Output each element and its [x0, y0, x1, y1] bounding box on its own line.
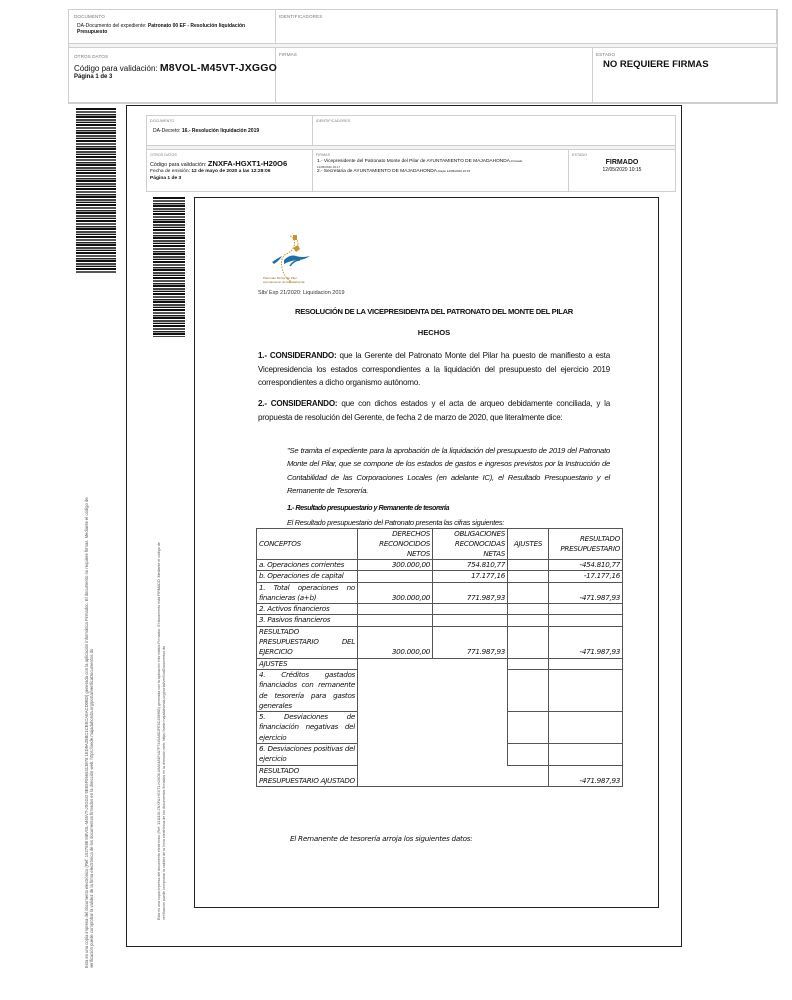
table-cell-derechos	[358, 744, 433, 766]
considerando-2-lead: 2.- CONSIDERANDO:	[258, 399, 337, 408]
signature-2-suffix: Dayle 12/05/2020 10:15	[438, 169, 470, 173]
header-resultado: RESULTADO PRESUPUESTARIO	[549, 529, 623, 560]
inner-side-text-line1: Esta es una copia impresa del documento …	[157, 542, 162, 920]
table-cell-obligaciones: 17.177,16	[433, 571, 508, 582]
outer-identificadores-label: IDENTIFICADORES	[279, 14, 322, 19]
signature-2-text: 2.- Secretaria de AYUNTAMIENTO DE MAJADA…	[317, 169, 438, 174]
inner-code-value: ZNXFA-HGXT1-H20O6	[208, 159, 287, 168]
table-cell-obligaciones	[433, 615, 508, 626]
table-cell-derechos	[358, 658, 433, 669]
table-cell-obligaciones	[433, 765, 508, 787]
expedient-reference: Slb/ Exp 21/2020: Liquidacion 2019	[258, 290, 345, 296]
table-cell-concepto: b. Operaciones de capital	[257, 571, 358, 582]
inner-side-verification-text: Esta es una copia impresa del documento …	[157, 542, 166, 920]
inner-emission-date: Fecha de emisión: 12 de mayo de 2020 a l…	[150, 169, 270, 174]
table-row: 2. Activos financieros	[257, 604, 623, 615]
outer-page-indicator: Página 1 de 3	[74, 74, 112, 80]
table-cell-concepto: 2. Activos financieros	[257, 604, 358, 615]
table-cell-concepto: 4. Créditos gastados financiados con rem…	[257, 669, 358, 711]
table-cell-ajustes	[508, 744, 549, 766]
inner-firmas-cell: FIRMAS 1.- Vicepresidente del Patronato …	[313, 149, 569, 191]
table-row: 1. Total operaciones no financieras (a+b…	[257, 582, 623, 604]
outer-documento-cell: DOCUMENTO DA-Documento del expediente: P…	[69, 10, 276, 44]
table-row: 4. Créditos gastados financiados con rem…	[257, 669, 623, 711]
table-cell-resultado	[549, 658, 623, 669]
remanente-intro: El Remanente de tesorería arroja los sig…	[290, 834, 472, 843]
table-cell-concepto: AJUSTES	[257, 658, 358, 669]
table-cell-resultado: -471.987,93	[549, 582, 623, 604]
table-row: a. Operaciones corrientes300.000,00754.8…	[257, 560, 623, 571]
table-cell-derechos: 300.000,00	[358, 582, 433, 604]
inner-side-text-line2: verificación puede comprobar la validez …	[162, 542, 167, 920]
table-cell-obligaciones	[433, 604, 508, 615]
inner-estado-cell: ESTADO FIRMADO 12/05/2020 10:15	[569, 149, 675, 191]
table-cell-ajustes	[508, 712, 549, 744]
outer-otros-datos-label: OTROS DATOS	[74, 54, 108, 59]
inner-documento-cell: DOCUMENTO DA-Decreto: 16.- Resolución li…	[147, 116, 313, 146]
table-cell-concepto: 6. Desviaciones positivas del ejercicio	[257, 744, 358, 766]
table-row: AJUSTES	[257, 658, 623, 669]
outer-status-badge: NO REQUIERE FIRMAS	[603, 59, 709, 70]
table-cell-resultado: -454.810,77	[549, 560, 623, 571]
table-row: 3. Pasivos financieros	[257, 615, 623, 626]
signature-1: 1.- Vicepresidente del Patronato Monte d…	[317, 159, 522, 164]
table-cell-concepto: a. Operaciones corrientes	[257, 560, 358, 571]
table-cell-obligaciones	[433, 658, 508, 669]
inner-otros-datos-label: OTROS DATOS	[150, 153, 177, 157]
header-ajustes: AJUSTES	[508, 529, 549, 560]
table-row: RESULTADO PRESUPUESTARIO DEL EJERCICIO30…	[257, 626, 623, 658]
inner-validation-code: Código para validación: ZNXFA-HGXT1-H20O…	[150, 159, 287, 168]
outer-estado-label: ESTADO	[596, 52, 615, 57]
table-row: b. Operaciones de capital17.177,16-17.17…	[257, 571, 623, 582]
inner-documento-value: 16.- Resolución liquidación 2019	[182, 128, 259, 134]
outer-firmas-cell: FIRMAS	[276, 47, 593, 103]
table-cell-resultado	[549, 615, 623, 626]
table-cell-derechos	[358, 571, 433, 582]
table-cell-concepto: 1. Total operaciones no financieras (a+b…	[257, 582, 358, 604]
table-cell-resultado	[549, 669, 623, 711]
outer-side-text-line2: verificación puede comprobar la validez …	[89, 497, 94, 968]
inner-status-date: 12/05/2020 10:15	[569, 167, 675, 173]
table-cell-derechos	[358, 604, 433, 615]
outer-barcode	[76, 108, 116, 274]
table-cell-obligaciones	[433, 712, 508, 744]
table-cell-derechos	[358, 712, 433, 744]
table-cell-derechos	[358, 615, 433, 626]
inner-fecha-value: 12 de mayo de 2020 a las 12:28:06	[191, 169, 270, 174]
inner-documento-label: DOCUMENTO	[150, 119, 174, 123]
logo-caption-line2: Ayuntamiento de Majadahonda	[263, 281, 323, 285]
table-cell-concepto: 5. Desviaciones de financiación negativa…	[257, 712, 358, 744]
table-cell-ajustes	[508, 658, 549, 669]
outer-document-header: DOCUMENTO DA-Documento del expediente: P…	[68, 9, 778, 104]
table-cell-resultado	[549, 744, 623, 766]
table-cell-ajustes	[508, 626, 549, 658]
table-cell-obligaciones: 771.987,93	[433, 582, 508, 604]
signature-2: 2.- Secretaria de AYUNTAMIENTO DE MAJADA…	[317, 169, 470, 174]
table-cell-resultado	[549, 604, 623, 615]
table-cell-ajustes	[508, 571, 549, 582]
header-conceptos: CONCEPTOS	[257, 529, 358, 560]
table-cell-obligaciones	[433, 669, 508, 711]
inner-documento-prefix: DA-Decreto:	[153, 128, 182, 134]
table-cell-resultado: -17.177,16	[549, 571, 623, 582]
considerando-1-lead: 1.- CONSIDERANDO:	[258, 351, 337, 360]
inner-otros-datos-cell: OTROS DATOS Código para validación: ZNXF…	[147, 149, 313, 191]
table-row: 6. Desviaciones positivas del ejercicio	[257, 744, 623, 766]
inner-document-header: DOCUMENTO DA-Decreto: 16.- Resolución li…	[146, 115, 676, 192]
outer-estado-cell: ESTADO NO REQUIERE FIRMAS	[593, 47, 777, 103]
subsection-intro: El Resultado presupuestario del Patronat…	[287, 518, 504, 527]
inner-code-prefix: Código para validación:	[150, 162, 208, 168]
table-cell-ajustes	[508, 669, 549, 711]
inner-page-indicator: Página 1 de 3	[150, 176, 181, 181]
inner-documento-text: DA-Decreto: 16.- Resolución liquidación …	[153, 128, 259, 134]
quoted-proposal: "Se tramita el expediente para la aproba…	[287, 444, 610, 498]
considerando-2: 2.- CONSIDERANDO: que con dichos estados…	[258, 397, 610, 424]
table-cell-obligaciones: 754.810,77	[433, 560, 508, 571]
table-cell-resultado: -471.987,93	[549, 626, 623, 658]
inner-status-badge: FIRMADO	[569, 159, 675, 166]
outer-documento-label: DOCUMENTO	[74, 14, 105, 19]
table-cell-derechos	[358, 669, 433, 711]
signature-1-text: 1.- Vicepresidente del Patronato Monte d…	[317, 159, 511, 164]
table-row: RESULTADO PRESUPUESTARIO AJUSTADO-471.98…	[257, 765, 623, 787]
table-cell-derechos: 300.000,00	[358, 560, 433, 571]
inner-estado-label: ESTADO	[572, 153, 587, 157]
inner-barcode	[153, 197, 185, 337]
header-derechos: DERECHOS RECONOCIDOS NETOS	[358, 529, 433, 560]
table-cell-resultado	[549, 712, 623, 744]
table-cell-obligaciones	[433, 744, 508, 766]
outer-side-verification-text: Esta es una copia impresa del documento …	[84, 497, 94, 968]
table-cell-ajustes	[508, 765, 549, 787]
document-title: RESOLUCIÓN DE LA VICEPRESIDENTA DEL PATR…	[258, 307, 610, 316]
table-row: 5. Desviaciones de financiación negativa…	[257, 712, 623, 744]
outer-otros-datos-cell: OTROS DATOS Código para validación: M8VO…	[69, 47, 276, 103]
table-cell-ajustes	[508, 604, 549, 615]
outer-validation-code: Código para validación: M8VOL-M45VT-JXGG…	[74, 62, 277, 74]
signature-1-suffix: Firmado	[511, 159, 522, 163]
header-obligaciones: OBLIGACIONES RECONOCIDAS NETAS	[433, 529, 508, 560]
inner-identificadores-label: IDENTIFICADORES	[316, 119, 350, 123]
outer-documento-text: DA-Documento del expediente: Patronato 0…	[77, 23, 267, 35]
section-heading-hechos: HECHOS	[258, 328, 610, 337]
considerando-1: 1.- CONSIDERANDO: que la Gerente del Pat…	[258, 349, 610, 390]
table-cell-ajustes	[508, 582, 549, 604]
table-cell-ajustes	[508, 560, 549, 571]
table-cell-resultado: -471.987,93	[549, 765, 623, 787]
outer-code-value: M8VOL-M45VT-JXGGO	[160, 62, 277, 74]
table-cell-derechos	[358, 765, 433, 787]
outer-identificadores-cell: IDENTIFICADORES	[276, 10, 777, 44]
table-cell-concepto: RESULTADO PRESUPUESTARIO DEL EJERCICIO	[257, 626, 358, 658]
outer-firmas-label: FIRMAS	[279, 52, 297, 57]
inner-identificadores-cell: IDENTIFICADORES	[313, 116, 675, 146]
table-cell-derechos: 300.000,00	[358, 626, 433, 658]
logo-caption: Patronato Monte del Pilar Ayuntamiento d…	[263, 277, 323, 284]
inner-fecha-prefix: Fecha de emisión:	[150, 169, 191, 174]
outer-code-prefix: Código para validación:	[74, 64, 160, 73]
table-cell-obligaciones: 771.987,93	[433, 626, 508, 658]
budget-result-table: CONCEPTOS DERECHOS RECONOCIDOS NETOS OBL…	[256, 528, 623, 787]
subsection-heading: 1.- Resultado presupuestario y Remanente…	[287, 503, 449, 512]
table-header-row: CONCEPTOS DERECHOS RECONOCIDOS NETOS OBL…	[257, 529, 623, 560]
inner-firmas-label: FIRMAS	[316, 153, 330, 157]
table-cell-ajustes	[508, 615, 549, 626]
table-cell-concepto: RESULTADO PRESUPUESTARIO AJUSTADO	[257, 765, 358, 787]
table-cell-concepto: 3. Pasivos financieros	[257, 615, 358, 626]
